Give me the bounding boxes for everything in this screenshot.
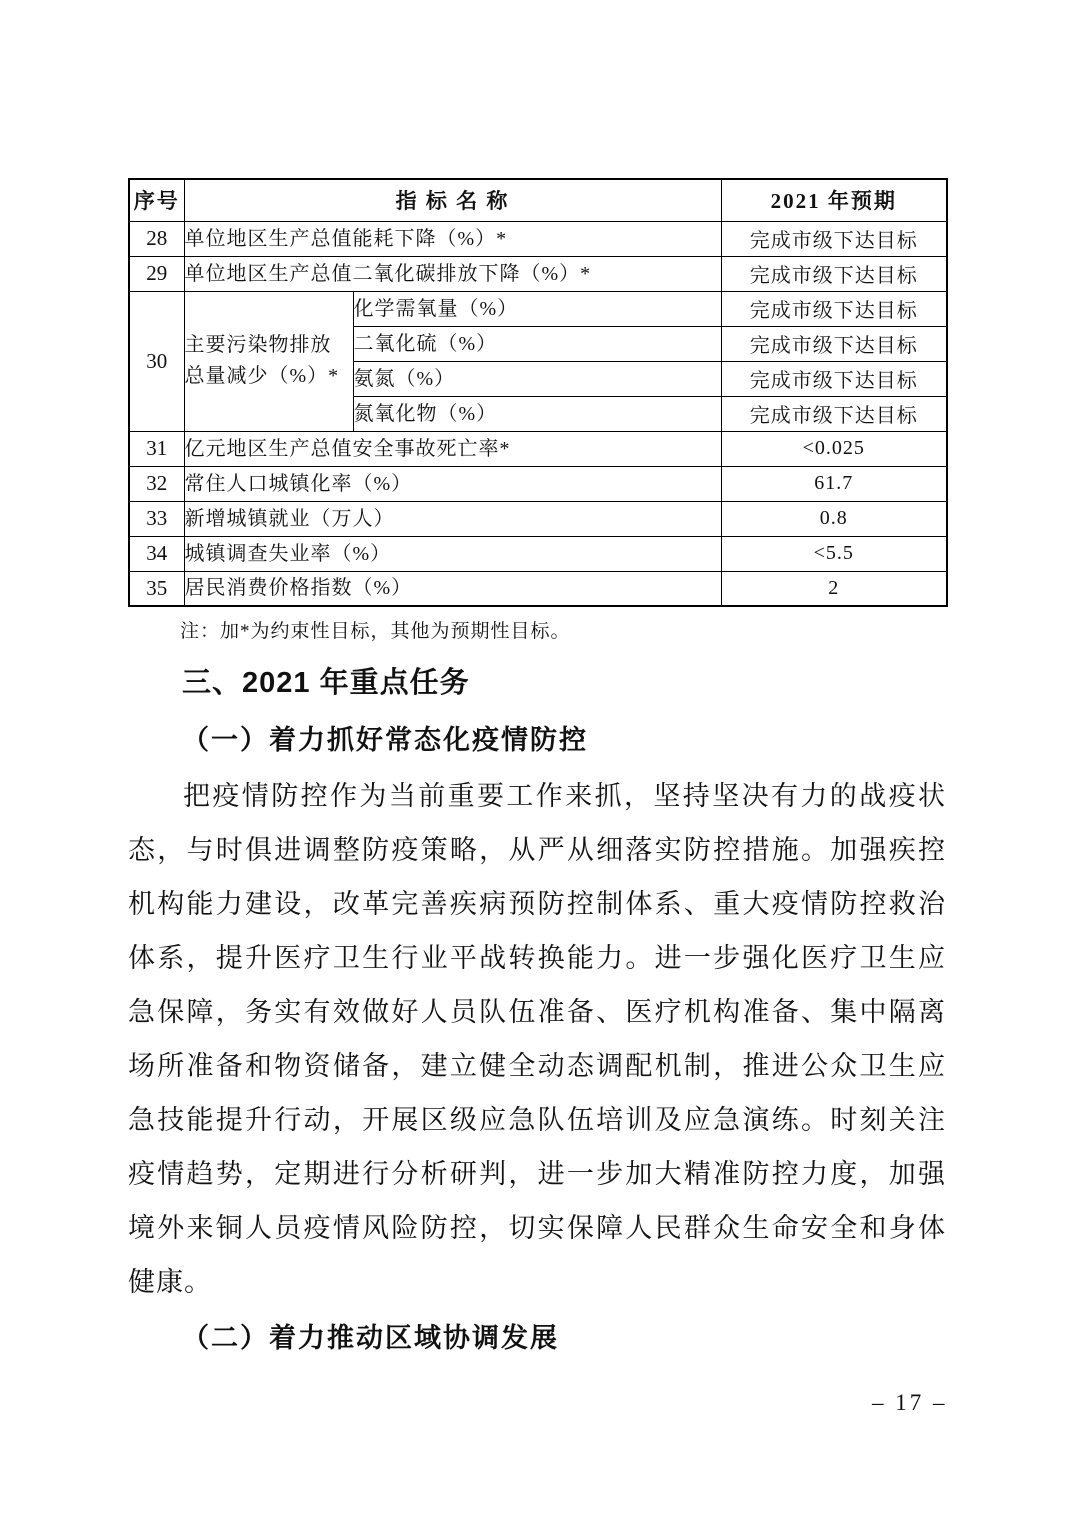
- cell-serial: 35: [129, 571, 184, 606]
- cell-indicator-name: 常住人口城镇化率（%）: [184, 466, 721, 501]
- cell-serial: 34: [129, 536, 184, 571]
- table-footnote: 注：加*为约束性目标，其他为预期性目标。: [180, 616, 946, 643]
- cell-serial: 30: [129, 291, 184, 431]
- cell-indicator-name: 城镇调查失业率（%）: [184, 536, 721, 571]
- table-row-28: 28 单位地区生产总值能耗下降（%）* 完成市级下达目标: [129, 221, 947, 256]
- cell-serial: 32: [129, 466, 184, 501]
- section-heading: 三、2021 年重点任务: [182, 660, 946, 701]
- paragraph-line: 机构能力建设，改革完善疾病预防控制体系、重大疫情防控救治: [128, 877, 946, 931]
- cell-target-value: 完成市级下达目标: [721, 396, 947, 431]
- cell-target-value: 2: [721, 571, 947, 606]
- cell-sub-indicator-name: 化学需氧量（%）: [353, 291, 721, 326]
- cell-target-value: 完成市级下达目标: [721, 221, 947, 256]
- paragraph-line: 境外来铜人员疫情风险防控，切实保障人民群众生命安全和身体: [128, 1201, 946, 1255]
- subsection-1-heading: （一）着力抓好常态化疫情防控: [182, 718, 946, 757]
- cell-serial: 33: [129, 501, 184, 536]
- cell-indicator-name: 单位地区生产总值二氧化碳排放下降（%）*: [184, 256, 721, 291]
- cell-indicator-name: 新增城镇就业（万人）: [184, 501, 721, 536]
- document-page: 序号 指 标 名 称 2021 年预期 28 单位地区生产总值能耗下降（%）* …: [0, 0, 1074, 1520]
- table-row-34: 34 城镇调查失业率（%） <5.5: [129, 536, 947, 571]
- paragraph-line: 健康。: [128, 1255, 946, 1309]
- group-name-line-1: 主要污染物排放: [185, 330, 353, 361]
- paragraph-line: 急保障，务实有效做好人员队伍准备、医疗机构准备、集中隔离: [128, 985, 946, 1039]
- cell-indicator-name: 亿元地区生产总值安全事故死亡率*: [184, 431, 721, 466]
- group-name-line-2: 总量减少（%）*: [185, 361, 353, 392]
- table-row-29: 29 单位地区生产总值二氧化碳排放下降（%）* 完成市级下达目标: [129, 256, 947, 291]
- table-row-35: 35 居民消费价格指数（%） 2: [129, 571, 947, 606]
- paragraph-line: 急技能提升行动，开展区级应急队伍培训及应急演练。时刻关注: [128, 1093, 946, 1147]
- paragraph-line: 场所准备和物资储备，建立健全动态调配机制，推进公众卫生应: [128, 1039, 946, 1093]
- cell-indicator-name: 居民消费价格指数（%）: [184, 571, 721, 606]
- cell-sub-indicator-name: 氮氧化物（%）: [353, 396, 721, 431]
- paragraph-line: 疫情趋势，定期进行分析研判，进一步加大精准防控力度，加强: [128, 1147, 946, 1201]
- cell-target-value: 完成市级下达目标: [721, 361, 947, 396]
- table-row-31: 31 亿元地区生产总值安全事故死亡率* <0.025: [129, 431, 947, 466]
- cell-target-value: <5.5: [721, 536, 947, 571]
- cell-group-indicator-name: 主要污染物排放 总量减少（%）*: [184, 291, 353, 431]
- cell-serial: 28: [129, 221, 184, 256]
- table-row-30-sub-1: 30 主要污染物排放 总量减少（%）* 化学需氧量（%） 完成市级下达目标: [129, 291, 947, 326]
- cell-target-value: <0.025: [721, 431, 947, 466]
- table-row-32: 32 常住人口城镇化率（%） 61.7: [129, 466, 947, 501]
- cell-target-value: 61.7: [721, 466, 947, 501]
- cell-serial: 29: [129, 256, 184, 291]
- subsection-2-heading: （二）着力推动区域协调发展: [182, 1316, 946, 1355]
- header-2021-expectation: 2021 年预期: [721, 179, 947, 221]
- table-header-row: 序号 指 标 名 称 2021 年预期: [129, 179, 947, 221]
- header-serial-number: 序号: [129, 179, 184, 221]
- header-indicator-name: 指 标 名 称: [184, 179, 721, 221]
- cell-target-value: 完成市级下达目标: [721, 326, 947, 361]
- cell-target-value: 完成市级下达目标: [721, 256, 947, 291]
- cell-sub-indicator-name: 氨氮（%）: [353, 361, 721, 396]
- cell-serial: 31: [129, 431, 184, 466]
- indicators-table: 序号 指 标 名 称 2021 年预期 28 单位地区生产总值能耗下降（%）* …: [128, 178, 948, 607]
- paragraph-epidemic-control: 把疫情防控作为当前重要工作来抓，坚持坚决有力的战疫状 态，与时俱进调整防疫策略，…: [128, 769, 946, 1309]
- page-content: 序号 指 标 名 称 2021 年预期 28 单位地区生产总值能耗下降（%）* …: [128, 178, 946, 1355]
- cell-indicator-name: 单位地区生产总值能耗下降（%）*: [184, 221, 721, 256]
- page-number: – 17 –: [872, 1390, 948, 1416]
- cell-sub-indicator-name: 二氧化硫（%）: [353, 326, 721, 361]
- paragraph-line: 把疫情防控作为当前重要工作来抓，坚持坚决有力的战疫状: [128, 769, 946, 823]
- cell-target-value: 完成市级下达目标: [721, 291, 947, 326]
- table-row-33: 33 新增城镇就业（万人） 0.8: [129, 501, 947, 536]
- paragraph-line: 态，与时俱进调整防疫策略，从严从细落实防控措施。加强疾控: [128, 823, 946, 877]
- cell-target-value: 0.8: [721, 501, 947, 536]
- paragraph-line: 体系，提升医疗卫生行业平战转换能力。进一步强化医疗卫生应: [128, 931, 946, 985]
